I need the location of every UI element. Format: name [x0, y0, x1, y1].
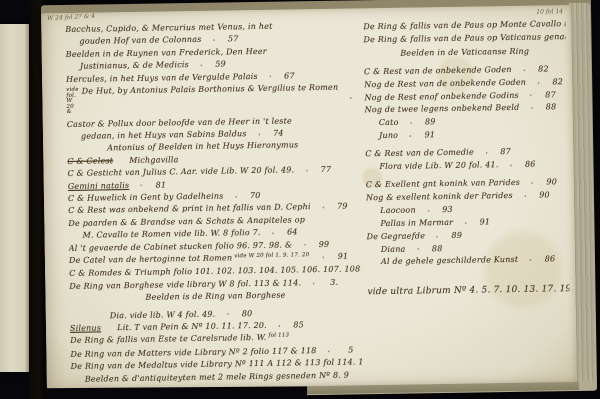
folio-number: 87	[496, 146, 511, 159]
shadow-mask	[43, 386, 307, 399]
folio-number: 77	[316, 164, 331, 177]
folio-number: 91	[333, 251, 348, 264]
entry-text: Beelden in de Vaticaanse Ring	[400, 45, 529, 60]
dot-leader	[523, 259, 531, 262]
entry-text: C & Celest	[67, 155, 113, 168]
entry-text: Gemini natalis	[68, 180, 130, 193]
dot-leader	[504, 164, 512, 167]
dot-leader	[517, 68, 525, 71]
dot-leader	[194, 64, 202, 67]
folio-number: 88	[541, 102, 556, 115]
dot-leader	[272, 324, 280, 327]
folio-number: 81	[151, 179, 166, 192]
folio-number: 57	[223, 34, 238, 47]
dot-leader	[229, 195, 237, 198]
dot-leader	[531, 81, 539, 84]
top-right-folio-note: 10 fol 14	[536, 8, 563, 16]
folio-number: 90	[535, 189, 550, 202]
entry-text: Nog & exellent konink der Parides	[366, 190, 513, 205]
folio-number: 89	[420, 117, 435, 130]
index-entry: vide ultra Librum Nº 4. 5. 7. 10. 13. 17…	[367, 283, 569, 299]
dot-leader	[263, 75, 271, 78]
top-left-scribble: W 24 fol 27 & 4	[47, 13, 95, 23]
dot-leader	[403, 135, 411, 138]
interlinear-insert-note: vide W 20 fol 1. 9. 17. 20	[234, 249, 309, 263]
facing-page-edge	[0, 24, 29, 372]
dot-leader	[343, 96, 351, 99]
folio-number: 93	[438, 204, 453, 217]
folio-number: 86	[520, 159, 535, 172]
folio-number: 82	[548, 76, 563, 89]
dot-leader	[479, 151, 487, 154]
entry-text-continued: Michgavilla	[129, 154, 179, 167]
folio-number: 70	[245, 190, 260, 203]
dot-leader	[306, 282, 314, 285]
manuscript-photo: W 24 fol 27 & 4 10 fol 14 Bacchus, Cupid…	[0, 0, 600, 399]
index-column-left: Bacchus, Cupido, & Mercurius met Venus, …	[65, 19, 363, 386]
entry-text: Beelden is de Ring van Borghese	[145, 290, 285, 305]
dot-leader	[410, 248, 418, 251]
index-column-right: De Ring & fallis van de Paus op Monte Ca…	[363, 18, 569, 299]
entry-text: Juno	[379, 130, 398, 143]
dot-leader	[266, 232, 274, 235]
dot-leader	[524, 107, 532, 110]
dot-leader	[322, 349, 330, 352]
entry-text: vide ultra Librum Nº 4. 5. 7. 10. 13. 17…	[367, 283, 569, 299]
folio-number: 91	[420, 129, 435, 142]
folio-number: 74	[269, 127, 284, 140]
index-entry: vide fol. W 20 & De Hut, by Antonius Pal…	[66, 81, 358, 118]
folio-number: 67	[280, 70, 295, 83]
dot-leader	[525, 182, 533, 185]
folio-number: 88	[427, 243, 442, 256]
dot-leader	[299, 169, 307, 172]
entry-text: De Gegraefde	[367, 230, 426, 244]
folio-number: 86	[540, 254, 555, 267]
index-entry: Juno 91	[379, 127, 567, 143]
folio-number: 3.	[323, 277, 338, 290]
index-entry: Flora vide Lib. W 20 fol. 41. 86	[379, 158, 567, 174]
entry-text: De Hut, by Antonius Palais Borthonius & …	[82, 82, 339, 98]
folio-number: 85	[289, 319, 304, 332]
folio-number: 5	[338, 344, 353, 357]
folio-number: 90	[542, 176, 557, 189]
index-entry: Beelden in de Vaticaanse Ring	[364, 45, 566, 61]
dot-leader	[404, 122, 412, 125]
folio-number: 91	[475, 216, 490, 229]
entry-text: Laocoon	[380, 204, 416, 217]
folio-number: 89	[447, 229, 462, 242]
interlinear-insert-note: fol 113	[268, 329, 289, 342]
entry-text: De Catel van de hertoginne tot Romen	[69, 252, 233, 267]
marginal-insert-note: vide fol. W 20 &	[66, 88, 79, 116]
dot-leader	[316, 256, 324, 259]
dot-leader	[316, 206, 324, 209]
manuscript-page: W 24 fol 27 & 4 10 fol 14 Bacchus, Cupid…	[41, 5, 577, 390]
dot-leader	[458, 221, 466, 224]
entry-text: Flora vide Lib. W 20 fol. 41.	[379, 159, 498, 174]
index-entry: Al de gehele geschilderde Kunst 86	[381, 253, 569, 269]
folio-number: 82	[534, 63, 549, 76]
folio-number: 64	[283, 227, 298, 240]
dot-leader	[430, 235, 438, 238]
folio-number: 71	[360, 81, 363, 94]
folio-number: 79	[333, 201, 348, 214]
folio-number: 80	[237, 308, 252, 321]
dot-leader	[252, 133, 260, 136]
dot-leader	[518, 195, 526, 198]
folio-number: 87	[541, 89, 556, 102]
dot-leader	[134, 184, 142, 187]
dot-leader	[297, 244, 305, 247]
entry-text: Diana	[381, 243, 406, 256]
entry-text: Al de gehele geschilderde Kunst	[381, 254, 518, 269]
dot-leader	[207, 39, 215, 42]
folio-number: 99	[314, 238, 329, 251]
dot-leader	[421, 209, 429, 212]
folio-number: 59	[211, 59, 226, 72]
book-block: W 24 fol 27 & 4 10 fol 14 Bacchus, Cupid…	[41, 0, 597, 399]
dot-leader	[524, 94, 532, 97]
entry-text: Silenus	[70, 322, 101, 335]
dot-leader	[220, 313, 228, 316]
entry-text: Pallas in Marmar	[380, 217, 453, 231]
entry-text: Nog de twee legens onbekend Beeld	[365, 102, 520, 117]
entry-text: Cato	[379, 117, 399, 130]
